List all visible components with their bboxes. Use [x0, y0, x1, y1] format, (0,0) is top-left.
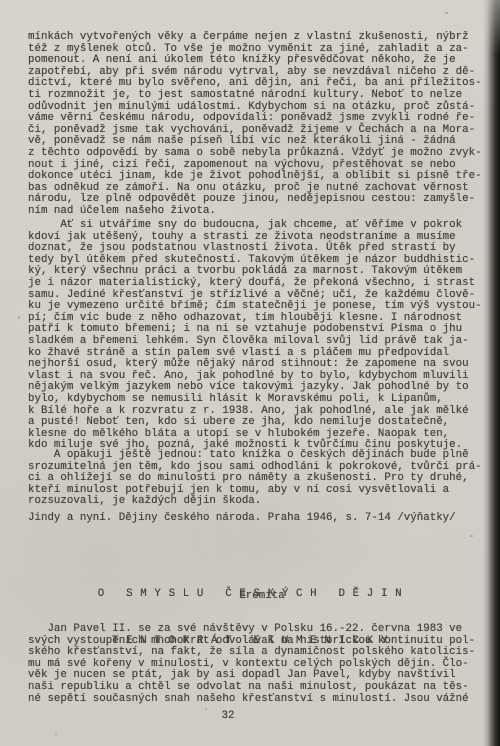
paper-speck: [55, 733, 57, 735]
paper-speck: [205, 708, 207, 710]
scanned-document-page: mínkách vytvořených věky a čerpáme nejen…: [0, 0, 500, 746]
text-line: né sepětí současných snah našeho křesťan…: [28, 694, 475, 706]
paragraph-3: A opakuji ještě jednou: tato knížka o če…: [28, 450, 482, 508]
page-number: 32: [0, 711, 456, 723]
paper-speck: [470, 535, 473, 537]
paragraph-4: Jan Pavel II. se za své návštěvy v Polsk…: [28, 624, 475, 705]
text-line: sladkém a břemeni lehkém. Syn člověka mi…: [28, 336, 482, 348]
paragraph-2: Ať si utváříme sny do budoucna, jak chce…: [28, 220, 482, 452]
paper-speck: [452, 148, 454, 150]
paper-speck: [18, 316, 20, 319]
text-line: ti rozmnožit je, to jest samostatné náro…: [28, 90, 482, 102]
text-line: naši republiku a chtěl se odvolat na naš…: [28, 682, 475, 694]
text-line: a pusté! Neboť ten, kdo si ubere ze jha,…: [28, 417, 482, 429]
paragraph-continuation: mínkách vytvořených věky a čerpáme nejen…: [28, 32, 482, 218]
text-line: rozsuzovali, je každých dějin škoda.: [28, 496, 482, 508]
text-line: ním nad účelem našeho života.: [28, 206, 482, 218]
book-edge-shadow: [483, 0, 500, 746]
text-line: váme věrni českému národu, odpovídali: p…: [28, 113, 482, 125]
text-line: bylo, kdybychom se nemusili hlásit k Mor…: [28, 394, 482, 406]
text-line: Ať si utváříme sny do budoucna, jak chce…: [28, 220, 482, 232]
paper-speck: [445, 12, 448, 14]
book-edge-top-fade: [483, 0, 500, 55]
text-line: Jan Pavel II. se za své návštěvy v Polsk…: [28, 624, 475, 636]
text-line: dokonce utéci jinam, kde je život pohodl…: [28, 171, 482, 183]
text-line: A opakuji ještě jednou: tato knížka o če…: [28, 450, 482, 462]
text-line: je i názor materialistický, který doufá,…: [28, 278, 482, 290]
text-line: mínkách vytvořených věky a čerpáme nejen…: [28, 32, 482, 44]
text-line: nejhorší osud, který může nějaký národ s…: [28, 359, 482, 371]
author-pseudonym: Eremita: [0, 591, 500, 603]
text-line: ku je vymezeno určité břímě; čím statečn…: [28, 301, 482, 313]
source-citation: Jindy a nyní. Dějiny českého národa. Pra…: [28, 513, 456, 525]
text-line: z těchto odpovědí by sama o sobě nebyla …: [28, 148, 482, 160]
